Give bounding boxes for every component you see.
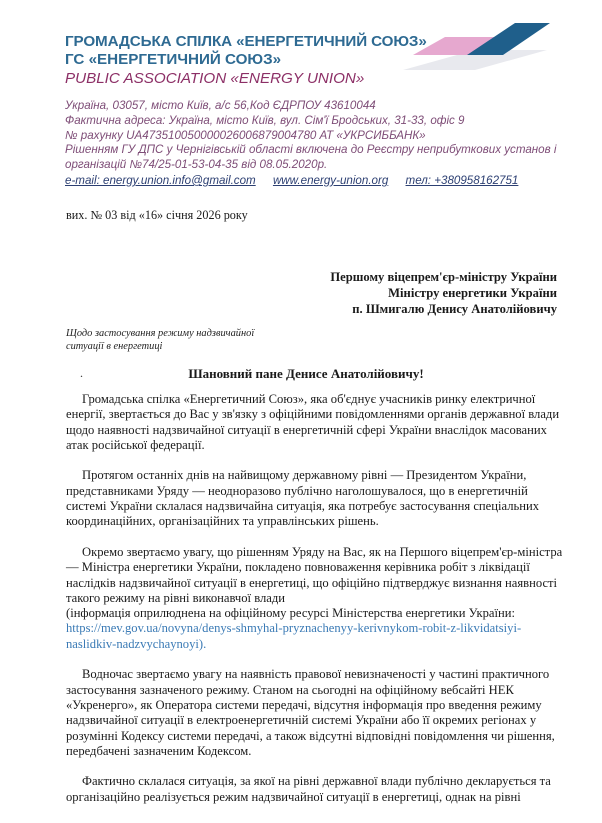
bank-account-line: № рахунку UA473510050000026006879004780 … — [65, 129, 585, 144]
addressee-block: Першому віцепрем'єр-міністру України Мін… — [330, 269, 557, 317]
body-line: Фактично склалася ситуація, за якої на р… — [66, 774, 561, 789]
letter-body: Громадська спілка «Енергетичний Союз», я… — [66, 392, 561, 820]
address-line: Україна, 03057, місто Київ, а/с 56,Код Є… — [65, 99, 585, 114]
body-line: розумінні Кодексу системи передачі, а та… — [66, 729, 561, 744]
body-paragraph: Водночас звертаємо увагу на наявність пр… — [66, 667, 561, 759]
subject-line: Щодо застосування режиму надзвичайної — [66, 328, 254, 341]
body-line: Водночас звертаємо увагу на наявність пр… — [66, 667, 561, 682]
body-line: координаційних, організаційних та управл… — [66, 514, 561, 529]
addressee-name: п. Шмигалю Денису Анатолійовичу — [330, 301, 557, 317]
body-paragraph: Фактично склалася ситуація, за якої на р… — [66, 774, 561, 805]
body-line: представниками Уряду — неодноразово публ… — [66, 484, 561, 499]
registry-number-line: організацій №74/25-01-53-04-35 від 08.05… — [65, 158, 585, 173]
website-link[interactable]: www.energy-union.org — [273, 174, 388, 187]
outgoing-reference: вих. № 03 від «16» січня 2026 року — [66, 208, 248, 223]
registry-line: Рішенням ГУ ДПС у Чернігівській області … — [65, 143, 585, 158]
ministry-source-link[interactable]: naslidkiv-nadzvychaynoyi). — [66, 637, 561, 652]
body-line: Громадська спілка «Енергетичний Союз», я… — [66, 392, 561, 407]
body-paragraph: Громадська спілка «Енергетичний Союз», я… — [66, 392, 561, 453]
ministry-source-link[interactable]: https://mev.gov.ua/novyna/denys-shmyhal-… — [66, 621, 561, 636]
subject-line: ситуації в енергетиці — [66, 341, 254, 354]
body-line: системі України склалася надзвичайна сит… — [66, 499, 561, 514]
addressee-position: Першому віцепрем'єр-міністру України — [330, 269, 557, 285]
phone-link[interactable]: тел: +380958162751 — [406, 174, 519, 187]
addressee-ministry: Міністру енергетики України — [330, 285, 557, 301]
email-link[interactable]: e-mail: energy.union.info@gmail.com — [65, 174, 256, 187]
body-line: такого режиму на рівні виконавчої влади — [66, 591, 561, 606]
organization-details: Україна, 03057, місто Київ, а/с 56,Код Є… — [65, 99, 585, 173]
body-line: «Укренерго», як Оператора системи переда… — [66, 698, 561, 713]
body-line: енергії, звертається до Вас у зв'язку з … — [66, 407, 561, 422]
parallelogram-stripes-logo-icon — [375, 18, 575, 88]
body-line: (інформація оприлюднена на офіційному ре… — [66, 606, 561, 621]
body-paragraph: Протягом останніх днів на найвищому держ… — [66, 468, 561, 529]
body-line: передбачені зазначеним Кодексом. — [66, 744, 561, 759]
contacts-line: e-mail: energy.union.info@gmail.com www.… — [65, 173, 585, 188]
body-line: — Міністра енергетики України, покладено… — [66, 560, 561, 575]
body-line: застосування зазначеного режиму. Станом … — [66, 683, 561, 698]
body-line: Протягом останніх днів на найвищому держ… — [66, 468, 561, 483]
letter-subject: Щодо застосування режиму надзвичайної си… — [66, 328, 254, 353]
body-line: надзвичайної ситуації в електроенергетич… — [66, 713, 561, 728]
actual-address-line: Фактична адреса: Україна, місто Київ, ву… — [65, 114, 585, 129]
salutation: Шановний пане Денисе Анатолійовичу! — [0, 366, 602, 382]
body-line: атак російської федерації. — [66, 438, 561, 453]
body-paragraph: Окремо звертаємо увагу, що рішенням Уряд… — [66, 545, 561, 652]
body-line: Окремо звертаємо увагу, що рішенням Уряд… — [66, 545, 561, 560]
body-line: щодо наявності надзвичайної ситуації в е… — [66, 423, 561, 438]
body-line: наслідків надзвичайної ситуації в енерге… — [66, 576, 561, 591]
body-line: організаційно реалізується режим надзвич… — [66, 790, 561, 805]
